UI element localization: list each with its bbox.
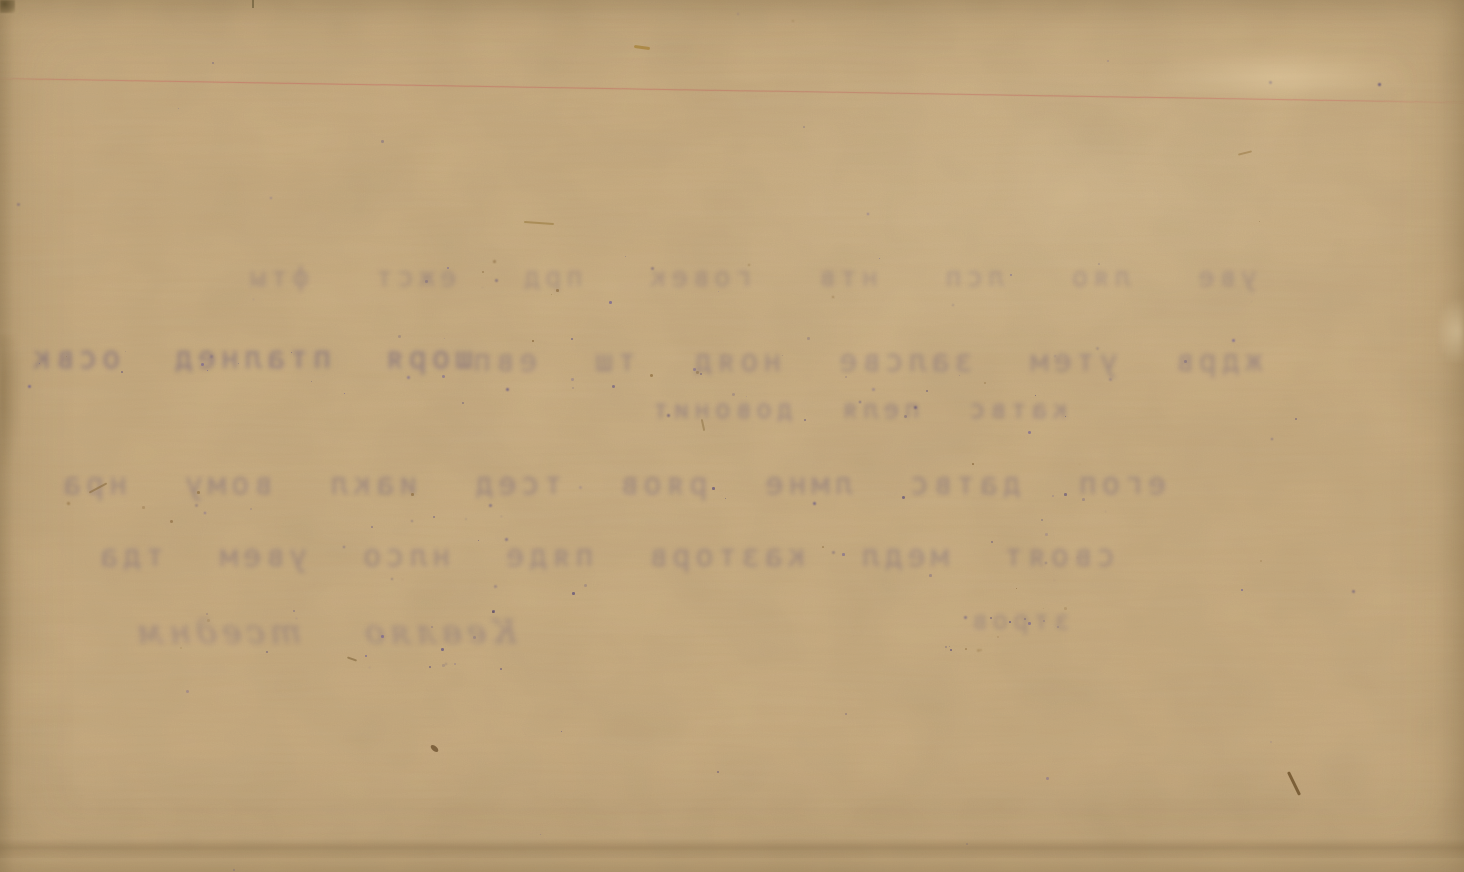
paper-fiber [524, 221, 554, 225]
paper-fiber [634, 45, 650, 50]
paper-grain-texture [0, 0, 1464, 872]
bottom-fold-shadow [0, 838, 1464, 860]
bottom-edge-strip [0, 858, 1464, 872]
paper-fiber-streaks [0, 0, 1464, 872]
paper-fleck [429, 744, 439, 754]
edge-vignette [0, 0, 1464, 872]
paper-fiber [1238, 150, 1252, 155]
ink-bleed-line: уве ляо лсп нтв говек прд ежст фты [245, 262, 1257, 298]
paper-fiber [1287, 771, 1301, 796]
ink-bleed-line: егоп датвс лмне ряов тсед иакл вому нра [58, 467, 1166, 514]
ink-bleed-line: шоря пталнед освк [28, 341, 473, 385]
light-abrasion-mark [1148, 50, 1410, 104]
right-edge-light-spot [1438, 300, 1464, 362]
ink-specks-layer [0, 0, 1464, 872]
scanned-document-page: уве ляо лсп нтв говек прд ежст фты шоря … [0, 0, 1464, 872]
ink-bleed-line: своят медл казторв пяде нлсо увем тда [95, 539, 1115, 584]
left-edge-crease [0, 336, 22, 468]
paper-mottle-texture [0, 0, 1464, 872]
ink-bleed-line: катвс пеля довонит [648, 395, 1068, 428]
ink-bleed-signature: Кевляо тседнм [132, 612, 517, 662]
corner-stain [0, 0, 15, 13]
ink-bleed-line: ждрв утем залсве нояд тш евп [468, 344, 1263, 386]
top-edge-mark [252, 0, 254, 8]
ink-bleed-fragment: зтров [938, 606, 1070, 644]
